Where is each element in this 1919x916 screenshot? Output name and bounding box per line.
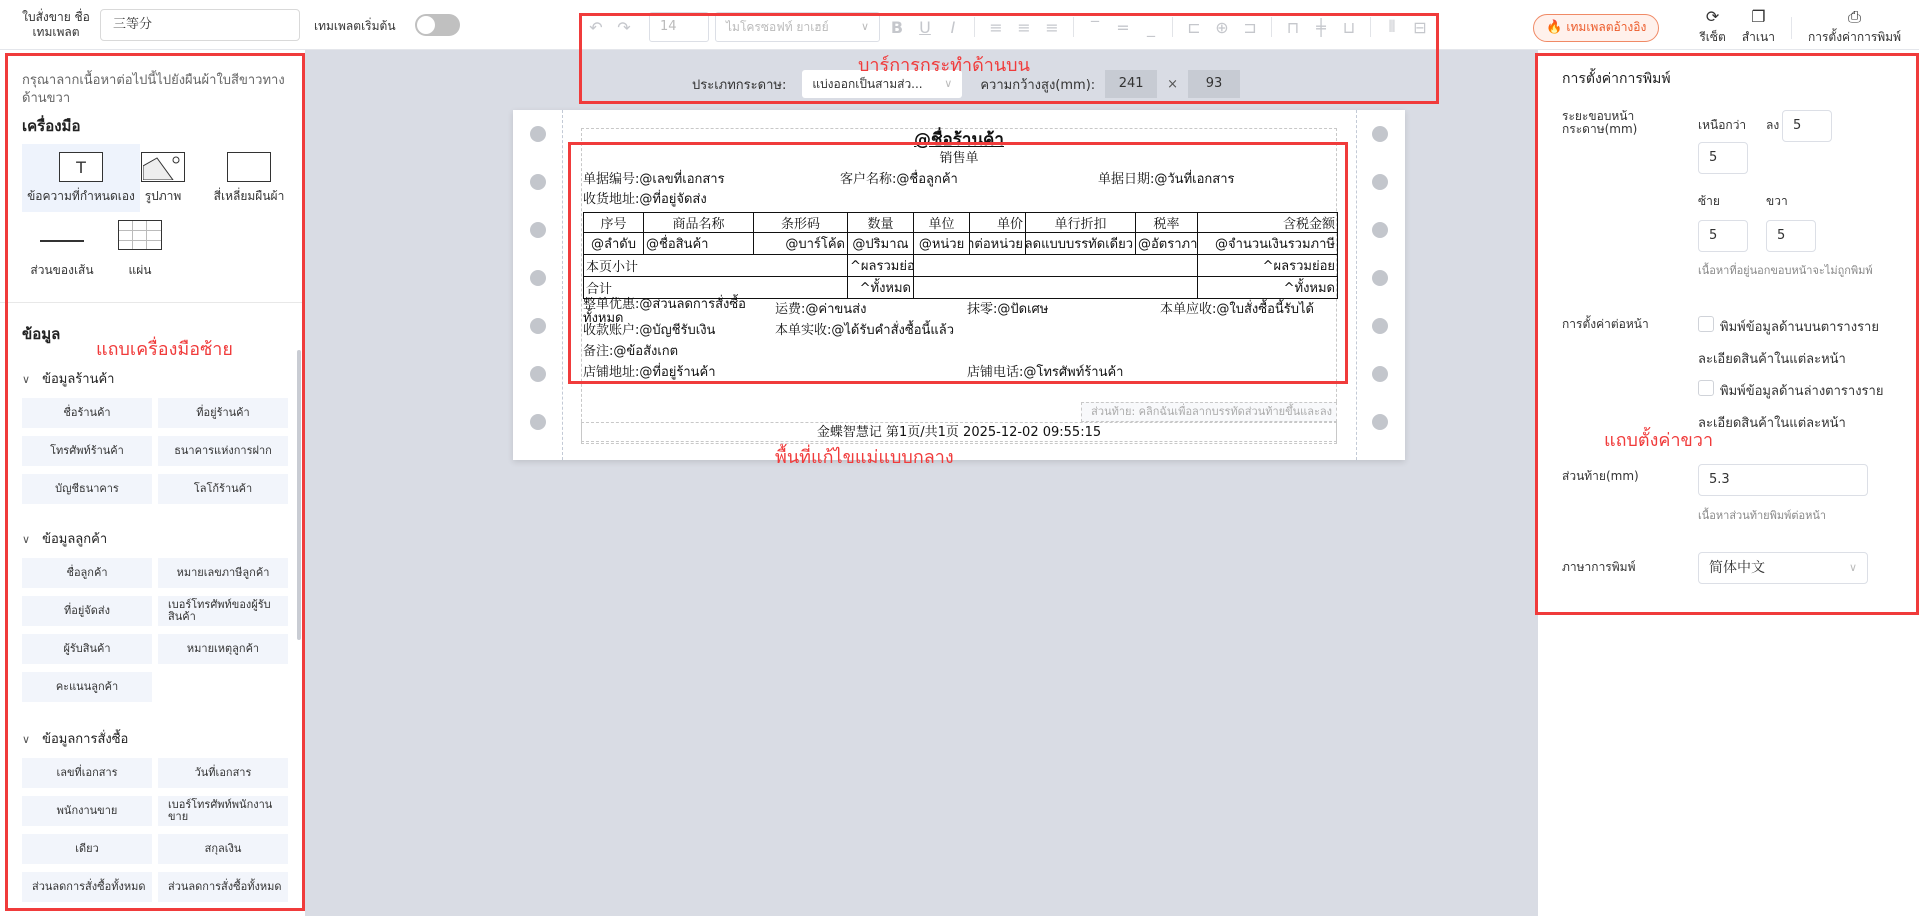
- paper-type-value: แบ่งออกเป็นสามส่ว...: [812, 77, 922, 91]
- field-chip[interactable]: เดียว: [22, 834, 152, 864]
- tractor-hole: [530, 270, 546, 286]
- copy-icon: ❐: [1751, 8, 1765, 26]
- total-empty: [914, 277, 1198, 299]
- print-settings-label: การตั้งค่าการพิมพ์: [1808, 28, 1901, 47]
- table-header-cell: 税率: [1136, 213, 1198, 233]
- tractor-hole: [530, 174, 546, 190]
- field-chip[interactable]: คะแนนลูกค้า: [22, 672, 152, 702]
- field-chip[interactable]: หมายเลขภาษีลูกค้า: [158, 558, 288, 588]
- field-chip[interactable]: บัญชีธนาคาร: [22, 474, 152, 504]
- margin-top-input[interactable]: 5: [1698, 142, 1748, 174]
- total-quantity: ^ทั้งหมด: [848, 277, 914, 299]
- chevron-down-icon: ∨: [22, 733, 30, 746]
- paper-type-label: ประเภทกระดาษ:: [692, 74, 786, 95]
- table-header-cell: 单价: [970, 213, 1026, 233]
- italic-icon[interactable]: I: [942, 16, 964, 38]
- annotation-label-left-bar: แถบเครื่องมือซ้าย: [96, 334, 233, 363]
- align-obj-bottom-icon[interactable]: ⊔: [1338, 16, 1360, 38]
- flame-icon: 🔥: [1546, 20, 1562, 35]
- chevron-down-icon: ∨: [22, 373, 30, 386]
- align-center-icon[interactable]: ≡: [1013, 16, 1035, 38]
- distribute-h-icon[interactable]: ⫴: [1381, 16, 1403, 38]
- doc-subtitle[interactable]: 销售单: [513, 147, 1405, 166]
- group-title-text: ข้อมูลการสั่งซื้อ: [42, 732, 128, 747]
- subtotal-empty: [914, 255, 1198, 277]
- table-cell: @หน่วย: [914, 233, 970, 255]
- table-header-cell: 单行折扣: [1026, 213, 1136, 233]
- table-cell: ส่วนลดแบบบรรทัดเดียว: [1026, 233, 1136, 255]
- print-bottom-text-cont: ละเอียดสินค้าในแต่ละหน้า: [1698, 412, 1846, 433]
- margin-bottom-input[interactable]: 5: [1782, 110, 1832, 142]
- group-title-text: ข้อมูลลูกค้า: [42, 532, 107, 547]
- table-icon: [118, 220, 162, 250]
- reference-template-button[interactable]: 🔥 เทมเพลตอ้างอิง: [1533, 14, 1659, 42]
- table-cell: @จำนวนเงินรวมภาษี: [1198, 233, 1338, 255]
- font-family-value: ไมโครซอฟท์ ยาเฮย์: [726, 20, 829, 34]
- field-chip[interactable]: ส่วนลดการสั่งซื้อทั้งหมด: [22, 872, 152, 902]
- table-header-cell: 含税金额: [1198, 213, 1338, 233]
- freight-field[interactable]: 运费:@ค่าขนส่ง: [775, 298, 866, 319]
- customer-name-field[interactable]: 客户名称:@ชื่อลูกค้า: [840, 168, 958, 189]
- panel-divider: [0, 302, 305, 303]
- tractor-hole: [1372, 222, 1388, 238]
- paper-width-input[interactable]: 241: [1105, 70, 1157, 98]
- subtotal-label: 本页小计: [584, 255, 848, 277]
- chevron-down-icon: ∨: [1849, 553, 1857, 583]
- data-title: ข้อมูล: [22, 322, 60, 346]
- ship-address-field[interactable]: 收货地址:@ที่อยู่จัดส่ง: [583, 188, 707, 209]
- table-header-cell: 条形码: [754, 213, 848, 233]
- times-symbol: ×: [1167, 77, 1178, 92]
- margin-left-input[interactable]: 5: [1698, 220, 1748, 252]
- header-divider: [1791, 17, 1792, 39]
- align-left-icon[interactable]: ≡: [985, 16, 1007, 38]
- field-chip[interactable]: ธนาคารแห่งการฝาก: [158, 436, 288, 466]
- align-obj-top-icon[interactable]: ⊓: [1282, 16, 1304, 38]
- doc-number-field[interactable]: 单据编号:@เลขที่เอกสาร: [583, 168, 725, 189]
- tractor-hole: [1372, 414, 1388, 430]
- tractor-hole: [1372, 270, 1388, 286]
- account-field[interactable]: 收款账户:@บัญชีรับเงิน: [583, 319, 715, 340]
- margin-top-label: เหนือกว่า: [1698, 116, 1746, 135]
- print-top-text: พิมพ์ข้อมูลด้านบนตารางราย: [1720, 316, 1879, 337]
- table-cell: @ลำดับ: [584, 233, 644, 255]
- field-chip[interactable]: โลโก้ร้านค้า: [158, 474, 288, 504]
- tool-image[interactable]: รูปภาพ: [118, 144, 208, 212]
- refresh-icon: ⟳: [1706, 8, 1719, 26]
- print-language-value: 简体中文: [1709, 560, 1765, 576]
- tractor-hole: [530, 366, 546, 382]
- table-header-cell: 单位: [914, 213, 970, 233]
- valign-top-icon[interactable]: ‾: [1084, 16, 1106, 38]
- tool-table[interactable]: แผ่น: [110, 218, 170, 286]
- field-chip[interactable]: พนักงานขาย: [22, 796, 152, 826]
- subtotal-amount: ^ผลรวมย่อย: [1198, 255, 1338, 277]
- paper-height-input[interactable]: 93: [1188, 70, 1240, 98]
- total-label: 合计: [584, 277, 848, 299]
- line-icon: [40, 240, 84, 242]
- copy-label: สำเนา: [1742, 28, 1775, 47]
- reference-template-label: เทมเพลตอ้างอิง: [1566, 18, 1646, 37]
- subtotal-quantity: ^ผลรวมย่อย: [848, 255, 914, 277]
- field-chip[interactable]: เบอร์โทรศัพท์ของผู้รับสินค้า: [158, 596, 288, 626]
- print-settings-title: การตั้งค่าการพิมพ์: [1562, 68, 1671, 90]
- align-obj-left-icon[interactable]: ⊏: [1183, 16, 1205, 38]
- font-size-input[interactable]: 14: [649, 12, 709, 42]
- valign-bottom-icon[interactable]: _: [1140, 16, 1162, 38]
- top-header: ใบสั่งขาย ชื่อเทมเพลต 三等分 เทมเพลตเริ่มต้…: [0, 0, 1919, 50]
- align-obj-right-icon[interactable]: ⊐: [1239, 16, 1261, 38]
- field-chip[interactable]: เลขที่เอกสาร: [22, 758, 152, 788]
- tractor-hole: [1372, 174, 1388, 190]
- printer-icon: ⎙: [1848, 8, 1861, 26]
- toolbar-divider: [1370, 17, 1371, 37]
- default-template-toggle[interactable]: [415, 14, 460, 36]
- annotation-label-center: พื้นที่แก้ไขแม่แบบกลาง: [775, 442, 954, 471]
- template-paper[interactable]: @ชื่อร้านค้า 销售单 单据编号:@เลขที่เอกสาร 客户名称…: [513, 110, 1405, 460]
- table-cell: ราคาต่อหน่วย: [970, 233, 1026, 255]
- valign-middle-icon[interactable]: =: [1112, 16, 1134, 38]
- footer-help-text: เนื้อหาส่วนท้ายพิมพ์ต่อหน้า: [1698, 506, 1826, 524]
- table-header-cell: 数量: [848, 213, 914, 233]
- field-chip[interactable]: ชื่อร้านค้า: [22, 398, 152, 428]
- field-chip[interactable]: ที่อยู่จัดส่ง: [22, 596, 152, 626]
- table-row: @ลำดับ @ชื่อสินค้า @บาร์โค้ด @ปริมาณ @หน…: [584, 233, 1338, 255]
- store-address-field[interactable]: 店铺地址:@ที่อยู่ร้านค้า: [583, 361, 716, 382]
- margin-right-input[interactable]: 5: [1766, 220, 1816, 252]
- print-language-select[interactable]: 简体中文 ∨: [1698, 552, 1868, 584]
- align-right-icon[interactable]: ≡: [1041, 16, 1063, 38]
- left-panel-scrollbar[interactable]: [297, 350, 301, 640]
- page-margin-label: ระยะขอบหน้ากระดาษ(mm): [1562, 110, 1672, 136]
- group-customer-info[interactable]: ∨ข้อมูลลูกค้า: [22, 528, 107, 549]
- template-name-label: ใบสั่งขาย ชื่อเทมเพลต: [14, 10, 98, 40]
- table-cell: @บาร์โค้ด: [754, 233, 848, 255]
- reset-button[interactable]: ⟳ รีเซ็ต: [1699, 8, 1725, 47]
- field-chip[interactable]: หมายเหตุลูกค้า: [158, 634, 288, 664]
- table-header-row: 序号 商品名称 条形码 数量 单位 单价 单行折扣 税率 含税金额: [584, 213, 1338, 233]
- underline-icon[interactable]: U: [914, 16, 936, 38]
- print-language-label: ภาษาการพิมพ์: [1562, 561, 1635, 574]
- print-settings-button[interactable]: ⎙ การตั้งค่าการพิมพ์: [1808, 8, 1901, 47]
- tools-title: เครื่องมือ: [22, 114, 80, 138]
- group-order-info[interactable]: ∨ข้อมูลการสั่งซื้อ: [22, 728, 128, 749]
- toolbar-divider: [1073, 17, 1074, 37]
- rounding-field[interactable]: 抹零:@ปัดเศษ: [967, 298, 1048, 319]
- text-icon: T: [59, 152, 103, 182]
- table-header-cell: 商品名称: [644, 213, 754, 233]
- footer-height-input[interactable]: 5.3: [1698, 464, 1868, 496]
- field-chip[interactable]: ผู้รับสินค้า: [22, 634, 152, 664]
- distribute-v-icon[interactable]: ⊟: [1409, 16, 1431, 38]
- undo-icon[interactable]: ↶: [585, 16, 607, 38]
- group-title-text: ข้อมูลร้านค้า: [42, 372, 114, 387]
- tool-label: ส่วนของเส้น: [22, 261, 102, 280]
- store-phone-field[interactable]: 店铺电话:@โทรศัพท์ร้านค้า: [967, 361, 1123, 382]
- tractor-hole: [530, 414, 546, 430]
- print-bottom-text: พิมพ์ข้อมูลด้านล่างตารางราย: [1720, 380, 1883, 401]
- format-toolbar: ↶ ↷ 14 ไมโครซอฟท์ ยาเฮย์ ∨ B U I ≡ ≡ ≡ ‾…: [585, 12, 1431, 42]
- tool-rectangle[interactable]: สี่เหลี่ยมผืนผ้า: [202, 144, 296, 212]
- rectangle-icon: [227, 152, 271, 182]
- default-template-label: เทมเพลตเริ่มต้น: [314, 17, 396, 36]
- right-settings-panel: การตั้งค่าการพิมพ์ ระยะขอบหน้ากระดาษ(mm)…: [1538, 50, 1919, 916]
- tool-label: แผ่น: [110, 261, 170, 280]
- tool-line[interactable]: ส่วนของเส้น: [22, 218, 102, 286]
- print-bottom-checkbox[interactable]: [1698, 380, 1714, 396]
- field-chip[interactable]: ชื่อลูกค้า: [22, 558, 152, 588]
- print-top-text-cont: ละเอียดสินค้าในแต่ละหน้า: [1698, 348, 1846, 369]
- group-store-info[interactable]: ∨ข้อมูลร้านค้า: [22, 368, 114, 389]
- left-toolbar-panel: กรุณาลากเนื้อหาต่อไปนี้ไปยังผืนผ้าใบสีขา…: [0, 50, 305, 916]
- items-table[interactable]: 序号 商品名称 条形码 数量 单位 单价 单行折扣 税率 含税金额 @ลำดับ…: [583, 212, 1338, 299]
- total-row: 合计 ^ทั้งหมด ^ทั้งหมด: [584, 277, 1338, 299]
- footer-height-label: ส่วนท้าย(mm): [1562, 470, 1639, 483]
- field-chip[interactable]: วันที่เอกสาร: [158, 758, 288, 788]
- toolbar-divider: [1271, 17, 1272, 37]
- tractor-hole: [530, 222, 546, 238]
- field-chip[interactable]: ส่วนลดการสั่งซื้อทั้งหมด: [158, 872, 288, 902]
- margin-help-text: เนื้อหาที่อยู่นอกขอบหน้าจะไม่ถูกพิมพ์: [1698, 261, 1873, 279]
- toolbar-divider: [1172, 17, 1173, 37]
- field-chip[interactable]: สกุลเงิน: [158, 834, 288, 864]
- drag-hint: กรุณาลากเนื้อหาต่อไปนี้ไปยังผืนผ้าใบสีขา…: [22, 72, 294, 108]
- margin-right-label: ขวา: [1766, 192, 1788, 211]
- tool-label: สี่เหลี่ยมผืนผ้า: [202, 187, 296, 206]
- template-name-input[interactable]: 三等分: [100, 9, 300, 41]
- image-icon: [141, 152, 185, 182]
- margin-left-label: ซ้าย: [1698, 192, 1720, 211]
- reset-label: รีเซ็ต: [1699, 28, 1725, 47]
- table-cell: @อัตราภาษี: [1136, 233, 1198, 255]
- chevron-down-icon: ∨: [861, 13, 869, 41]
- print-top-checkbox[interactable]: [1698, 316, 1714, 332]
- header-actions: 🔥 เทมเพลตอ้างอิง ⟳ รีเซ็ต ❐ สำเนา ⎙ การต…: [1533, 8, 1901, 47]
- annotation-label-top-bar: บาร์การกระทำด้านบน: [858, 50, 1030, 79]
- remark-field[interactable]: 备注:@ข้อสังเกต: [583, 340, 678, 361]
- subtotal-row: 本页小计 ^ผลรวมย่อย ^ผลรวมย่อย: [584, 255, 1338, 277]
- per-page-label: การตั้งค่าต่อหน้า: [1562, 318, 1649, 331]
- page-footer[interactable]: 金蝶智慧记 第1页/共1页 2025-12-02 09:55:15: [581, 422, 1337, 444]
- table-cell: @ชื่อสินค้า: [644, 233, 754, 255]
- font-family-select[interactable]: ไมโครซอฟท์ ยาเฮย์ ∨: [715, 12, 880, 42]
- align-obj-center-icon[interactable]: ⊕: [1211, 16, 1233, 38]
- table-cell: @ปริมาณ: [848, 233, 914, 255]
- tractor-hole: [1372, 366, 1388, 382]
- margin-bottom-label: ลง: [1766, 116, 1779, 135]
- doc-date-field[interactable]: 单据日期:@วันที่เอกสาร: [1098, 168, 1234, 189]
- total-amount: ^ทั้งหมด: [1198, 277, 1338, 299]
- receivable-field[interactable]: 本单应收:@ใบสั่งซื้อนี้รับได้: [1160, 298, 1314, 319]
- footer-drag-handle[interactable]: ส่วนท้าย: คลิกฉันเพื่อลากบรรทัดส่วนท้ายข…: [1081, 402, 1337, 422]
- received-field[interactable]: 本单实收:@ได้รับคำสั่งซื้อนี้แล้ว: [775, 319, 954, 340]
- chevron-down-icon: ∨: [22, 533, 30, 546]
- align-obj-middle-icon[interactable]: ╪: [1310, 16, 1332, 38]
- redo-icon[interactable]: ↷: [613, 16, 635, 38]
- field-chip[interactable]: ที่อยู่ร้านค้า: [158, 398, 288, 428]
- annotation-label-right-bar: แถบตั้งค่าขวา: [1604, 425, 1713, 454]
- tractor-hole: [1372, 318, 1388, 334]
- field-chip[interactable]: โทรศัพท์ร้านค้า: [22, 436, 152, 466]
- table-header-cell: 序号: [584, 213, 644, 233]
- field-chip[interactable]: เบอร์โทรศัพท์พนักงานขาย: [158, 796, 288, 826]
- copy-button[interactable]: ❐ สำเนา: [1742, 8, 1775, 47]
- toolbar-divider: [974, 17, 975, 37]
- tractor-hole: [530, 318, 546, 334]
- bold-icon[interactable]: B: [886, 16, 908, 38]
- tool-label: รูปภาพ: [118, 187, 208, 206]
